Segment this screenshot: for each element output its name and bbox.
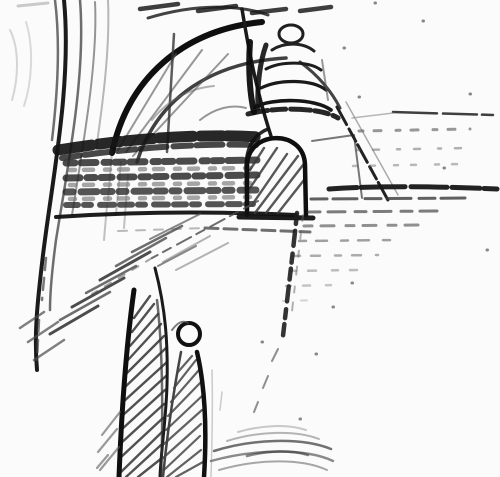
artwork-canvas [0, 0, 500, 477]
sketch-artwork [0, 0, 500, 477]
wall-dark-course-line [329, 187, 497, 189]
